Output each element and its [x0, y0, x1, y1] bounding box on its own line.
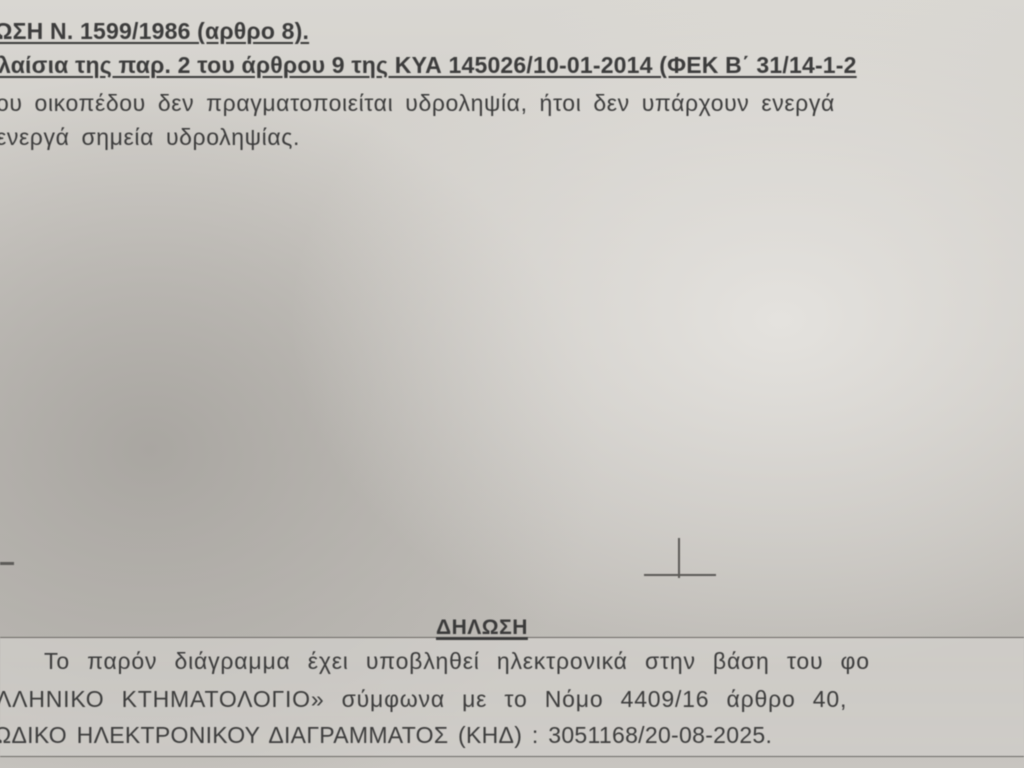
inverted-t-mark-base — [644, 574, 716, 576]
header-line-kya-reference: λαίσια της παρ. 2 του άρθρου 9 της ΚΥΑ 1… — [0, 52, 857, 79]
document-page: ΩΣΗ Ν. 1599/1986 (αρθρο 8). λαίσια της π… — [0, 0, 1024, 768]
statement-line-2: ενεργά σημεία υδροληψίας. — [0, 124, 300, 151]
statement-line-1: ου οικοπέδου δεν πραγματοποιείται υδρολη… — [0, 90, 835, 117]
inverted-t-mark-icon — [678, 538, 680, 578]
dash-mark-icon — [0, 562, 14, 565]
declaration-line-2: ΛΛΗΝΙΚΟ ΚΤΗΜΑΤΟΛΟΓΙΟ» σύμφωνα με το Νόμο… — [0, 686, 847, 713]
declaration-line-3: ΩΔΙΚΟ ΗΛΕΚΤΡΟΝΙΚΟΥ ΔΙΑΓΡΑΜΜΑΤΟΣ (ΚΗΔ) : … — [0, 722, 772, 749]
declaration-line-1: Το παρόν διάγραμμα έχει υποβληθεί ηλεκτρ… — [44, 648, 870, 675]
header-line-law-reference: ΩΣΗ Ν. 1599/1986 (αρθρο 8). — [0, 18, 309, 45]
declaration-title: ΔΗΛΩΣΗ — [436, 616, 528, 640]
